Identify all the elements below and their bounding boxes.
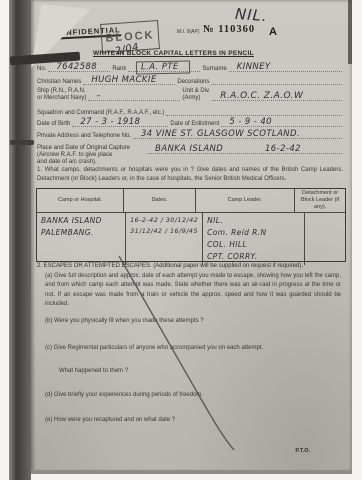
enlistment-field: 5 - 9 - 40 bbox=[221, 117, 342, 127]
camps-table: Camp or Hospital. Dates. Camp Leader. De… bbox=[36, 188, 346, 262]
form-number: № 110360 bbox=[203, 24, 255, 35]
header-camp: Camp or Hospital. bbox=[37, 189, 124, 212]
christian-names-label: Christian Names bbox=[37, 79, 81, 85]
enlistment-value: 5 - 9 - 40 bbox=[229, 117, 272, 127]
enlistment-label: Date of Enlistment bbox=[170, 121, 219, 127]
capture-label-line3: and date of a/c crash). bbox=[37, 159, 145, 165]
address-label: Private Address and Telephone No. bbox=[37, 133, 131, 139]
page-bottom-edge bbox=[31, 470, 352, 474]
section2-item-d: (d) Give briefly your experiences during… bbox=[45, 392, 203, 398]
form-number-symbol: № bbox=[203, 24, 215, 35]
leader-entry: COL. HILL bbox=[207, 239, 299, 251]
capture-label: Place and Date of Original Capture (Airc… bbox=[37, 145, 145, 165]
unit-field: R.A.O.C. Z.A.O.W bbox=[212, 91, 342, 101]
rank-field: L.A. PTE bbox=[128, 62, 200, 72]
header-dates: Dates. bbox=[124, 189, 196, 212]
no-label: No. bbox=[37, 66, 46, 72]
leader-entry: CPT. CORRY. bbox=[207, 251, 299, 263]
unit-value: R.A.O.C. Z.A.O.W bbox=[220, 91, 303, 101]
dob-label: Date of Birth bbox=[37, 121, 70, 127]
form-reference: M.I. 9(AP) bbox=[177, 29, 200, 35]
dob-value: 27 - 3 - 1918 bbox=[80, 117, 140, 127]
christian-names-value: HUGH MACKIE bbox=[91, 75, 156, 85]
scanned-pow-questionnaire: { "page": { "stamps": { "confidential": … bbox=[0, 0, 362, 480]
capture-label-line2: (Aircrew R.A.F. to give place bbox=[37, 152, 145, 158]
unit-label-line1: Unit & Div. bbox=[182, 88, 210, 94]
col-detachment bbox=[305, 213, 345, 265]
camp-entry: PALEMBANG. bbox=[41, 227, 121, 239]
pto-note: P.T.O. bbox=[295, 448, 310, 454]
row-christian-decorations: Christian Names HUGH MACKIE Decorations bbox=[37, 75, 344, 85]
squadron-field bbox=[166, 106, 342, 116]
surname-field: KINNEY bbox=[229, 62, 342, 72]
header-detachment: Detachment or Block Leader (if any). bbox=[295, 189, 345, 212]
col-camp: BANKA ISLAND PALEMBANG. bbox=[37, 213, 126, 265]
header-leader: Camp Leader. bbox=[196, 189, 295, 212]
questionnaire-page: CONFIDENTIAL BLOCK 2/04 M.I. 9(AP) № 110… bbox=[31, 0, 352, 472]
series-letter: A bbox=[269, 26, 277, 38]
capture-place-value: BANKA ISLAND bbox=[155, 144, 223, 154]
section2-heading: 2. ESCAPES OR ATTEMPTED ESCAPES. (Additi… bbox=[37, 263, 303, 269]
unit-label: Unit & Div. (Army) bbox=[182, 88, 210, 101]
row-ship-unit: Ship (R.N., R.A.N. or Merchant Navy) – U… bbox=[37, 88, 344, 101]
adjacent-page-edge bbox=[348, 0, 352, 64]
form-title: WRITE IN BLOCK CAPITAL LETTERS IN PENCIL bbox=[93, 50, 254, 57]
dates-entry: 31/12/42 / 16/9/45 bbox=[130, 226, 198, 236]
col-leader: NIL. Com. Reid R.N COL. HILL CPT. CORRY. bbox=[203, 213, 304, 265]
col-dates: 16-2-42 / 30/12/42 31/12/42 / 16/9/45 bbox=[126, 213, 203, 265]
section2-item-b: (b) Were you physically fit when you mad… bbox=[45, 318, 204, 324]
unit-label-line2: (Army) bbox=[182, 95, 210, 101]
surname-label: Surname bbox=[202, 66, 226, 72]
nil-annotation: NIL. bbox=[234, 5, 268, 25]
capture-label-line1: Place and Date of Original Capture bbox=[37, 145, 145, 151]
camps-table-body: BANKA ISLAND PALEMBANG. 16-2-42 / 30/12/… bbox=[37, 213, 345, 265]
leader-entry: Com. Reid R.N bbox=[207, 227, 299, 239]
row-squadron: Squadron and Command (R.A.F., R.A.A.F., … bbox=[37, 106, 344, 116]
ship-label-line1: Ship (R.N., R.A.N. bbox=[37, 88, 86, 94]
dates-entry: 16-2-42 / 30/12/42 bbox=[130, 215, 198, 225]
decorations-field bbox=[211, 75, 342, 85]
section2-item-a: (a) Give full description and approx. da… bbox=[45, 272, 341, 309]
capture-field: BANKA ISLAND 16-2-42 bbox=[147, 145, 342, 154]
camp-entry: BANKA ISLAND bbox=[41, 215, 121, 227]
section1-intro: 1. What camps, detachments or hospitals … bbox=[37, 166, 343, 185]
rank-value-boxed: L.A. PTE bbox=[136, 61, 190, 75]
row-address: Private Address and Telephone No. 34 VIN… bbox=[37, 129, 344, 139]
surname-value: KINNEY bbox=[237, 62, 271, 72]
row-dob-enlistment: Date of Birth 27 - 3 - 1918 Date of Enli… bbox=[37, 117, 344, 127]
rank-label: Rank bbox=[112, 66, 126, 72]
row-number-rank-surname: No. 7642588 Rank L.A. PTE Surname KINNEY bbox=[37, 62, 344, 72]
address-field: 34 VINE ST. GLASGOW SCOTLAND. bbox=[133, 129, 342, 139]
decorations-label: Decorations bbox=[177, 79, 209, 85]
address-value: 34 VINE ST. GLASGOW SCOTLAND. bbox=[141, 129, 300, 139]
section2-item-e: (e) How were you recaptured and on what … bbox=[45, 417, 175, 423]
ship-field: – bbox=[88, 91, 180, 101]
section2-item-c: (c) Give Regimental particulars of anyon… bbox=[45, 345, 263, 351]
christian-names-field: HUGH MACKIE bbox=[83, 75, 175, 85]
capture-date-value: 16-2-42 bbox=[265, 144, 301, 154]
no-field: 7642588 bbox=[48, 62, 110, 72]
binding-mark bbox=[10, 140, 34, 145]
book-binding-strip bbox=[9, 0, 31, 480]
leader-entry: NIL. bbox=[207, 215, 299, 227]
section2-item-c2: What happened to them ? bbox=[59, 368, 128, 374]
row-capture: Place and Date of Original Capture (Airc… bbox=[37, 145, 344, 165]
form-number-value: 110360 bbox=[218, 24, 255, 35]
ship-value: – bbox=[96, 91, 101, 101]
camps-table-header: Camp or Hospital. Dates. Camp Leader. De… bbox=[37, 189, 345, 213]
no-value: 7642588 bbox=[56, 62, 97, 72]
ship-label-line2: or Merchant Navy) bbox=[37, 95, 86, 101]
ship-label: Ship (R.N., R.A.N. or Merchant Navy) bbox=[37, 88, 86, 101]
dob-field: 27 - 3 - 1918 bbox=[72, 117, 168, 127]
squadron-label: Squadron and Command (R.A.F., R.A.A.F., … bbox=[37, 110, 164, 116]
